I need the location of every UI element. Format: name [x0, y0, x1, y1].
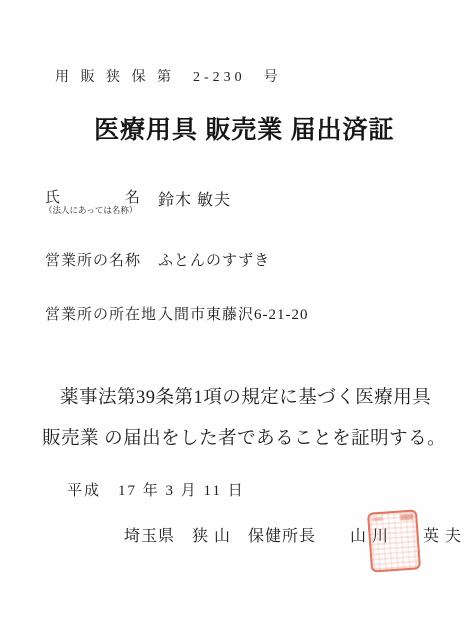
- field-label-office-name: 営業所の名称: [45, 249, 141, 270]
- certificate-document: 用 販 狭 保 第 2-230 号 医療用具 販売業 届出済証 氏 名 （法人に…: [0, 0, 472, 640]
- issue-date: 平成 17 年 3 月 11 日: [67, 479, 245, 500]
- certification-statement-line-2: 販売業 の届出をした者であることを証明する。: [42, 424, 446, 450]
- certification-statement-line-1: 薬事法第39条第1項の規定に基づく医療用具: [60, 383, 431, 409]
- document-number: 用 販 狭 保 第 2-230 号: [55, 66, 282, 86]
- field-label-office-address: 営業所の所在地: [45, 303, 157, 324]
- official-seal-stamp-icon: [367, 509, 421, 572]
- field-note-corporate-name: （法人にあっては名称）: [44, 204, 137, 216]
- field-value-office-address: 入間市東藤沢6-21-20: [158, 303, 309, 324]
- field-value-name: 鈴木 敏夫: [158, 187, 231, 210]
- document-title: 医療用具 販売業 届出済証: [94, 110, 395, 146]
- field-value-office-name: ふとんのすずき: [158, 249, 270, 270]
